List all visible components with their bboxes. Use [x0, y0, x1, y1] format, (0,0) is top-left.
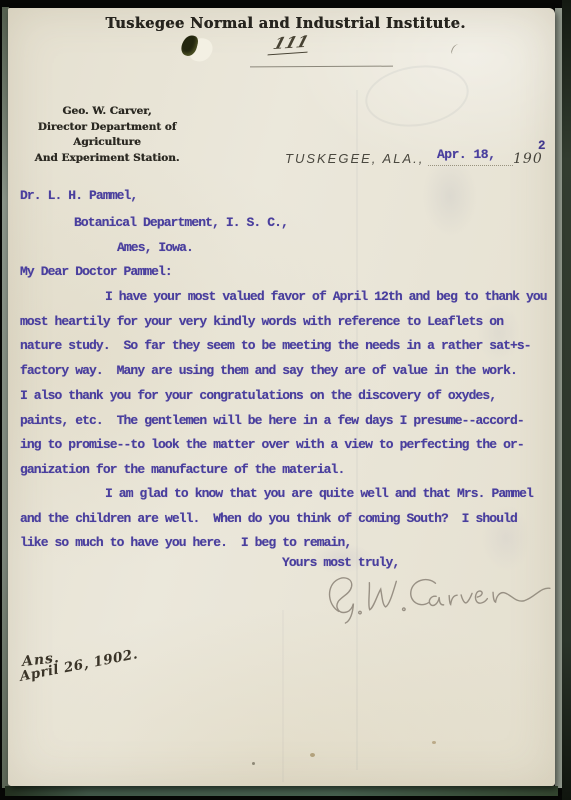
- letterhead-title-line1: Director Department of Agriculture: [18, 120, 196, 151]
- body-line: I also thank you for your congratulation…: [20, 389, 496, 403]
- body-line: paints, etc. The gentlemen will be here …: [20, 414, 524, 428]
- recipient-line-3: Ames, Iowa.: [117, 241, 193, 255]
- letterhead-officer-block: Geo. W. Carver, Director Department of A…: [18, 104, 196, 166]
- body-line: factory way. Many are using them and say…: [20, 364, 517, 378]
- salutation: My Dear Doctor Pammel:: [20, 265, 172, 279]
- dateline-place: TUSKEGEE, ALA.,: [285, 151, 424, 166]
- recipient-line-2: Botanical Department, I. S. C.,: [74, 216, 288, 230]
- scanned-letter-photo: Tuskegee Normal and Industrial Institute…: [0, 0, 571, 800]
- paper-speck: [310, 753, 315, 757]
- body-line: and the children are well. When do you t…: [20, 512, 517, 526]
- masthead-title: Tuskegee Normal and Industrial Institute…: [0, 15, 571, 32]
- letterhead-title-line2: And Experiment Station.: [18, 151, 196, 167]
- recipient-line-1: Dr. L. H. Pammel,: [20, 189, 137, 203]
- paper-speck: [252, 762, 255, 765]
- body-line: ganization for the manufacture of the ma…: [20, 463, 344, 477]
- closing: Yours most truly,: [282, 556, 399, 570]
- body-line: ing to promise--to look the matter over …: [20, 438, 524, 452]
- body-line: I have your most valued favor of April 1…: [105, 290, 547, 304]
- dateline-printed-year: 190: [513, 151, 543, 167]
- dateline-typed-year-digit: 2: [538, 139, 546, 153]
- body-line: nature study. So far they seem to be mee…: [20, 339, 531, 353]
- body-line: most heartily for your very kindly words…: [20, 315, 503, 329]
- dateline-typed-date: Apr. 18,: [437, 147, 495, 162]
- paper-speck: [432, 741, 436, 744]
- photo-mat-right-inner: [555, 8, 562, 788]
- letterhead-name: Geo. W. Carver,: [18, 104, 196, 120]
- body-line: I am glad to know that you are quite wel…: [105, 487, 533, 501]
- photo-mat-bottom: [5, 786, 558, 796]
- body-line: like so much to have you here. I beg to …: [20, 536, 351, 550]
- photo-mat-right: [562, 0, 571, 800]
- folio-number: 111: [267, 32, 313, 56]
